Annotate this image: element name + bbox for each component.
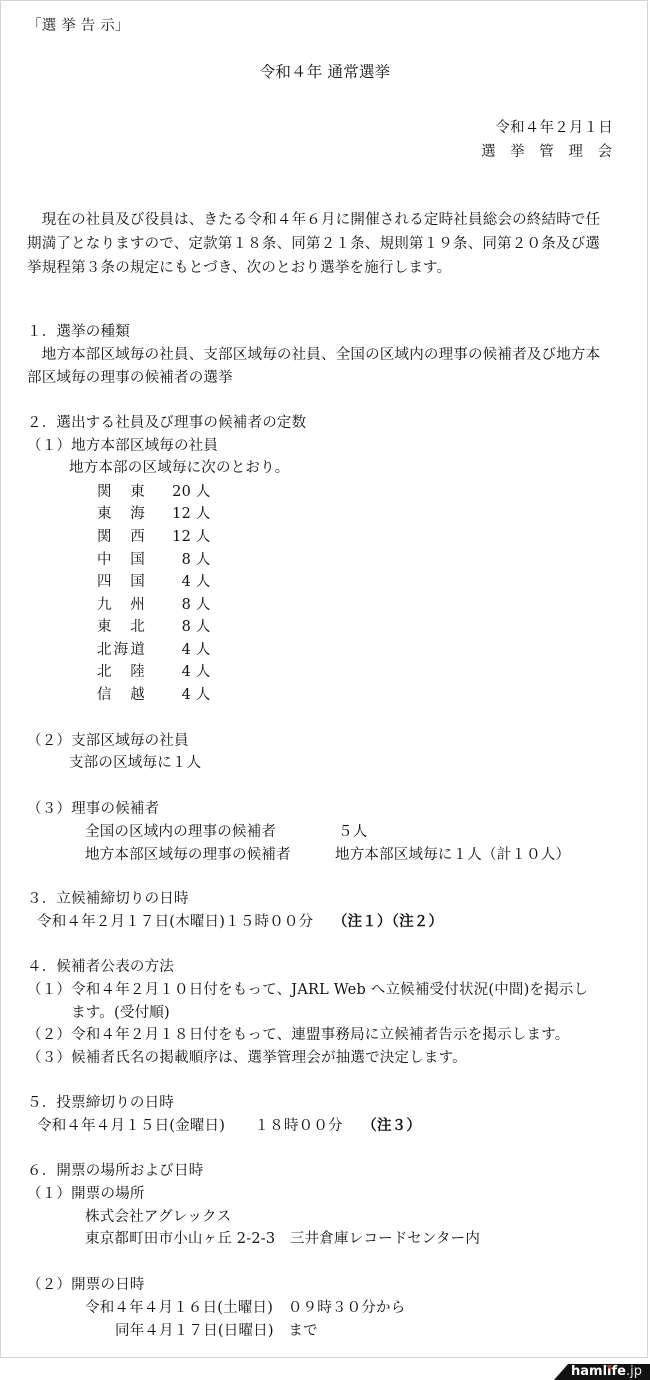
notice-label: 「選 挙 告 示」: [27, 15, 130, 37]
election-type-line: 地方本部区域毎の社員、支部区域毎の社員、全国の区域内の理事の候補者及び地方本: [27, 344, 600, 366]
intro-line: 現在の社員及び役員は、きたる令和４年６月に開催される定時社員総会の終結時で任: [27, 209, 600, 231]
voting-deadline: 令和４年４月１５日(金曜日) １８時００分 （注３）: [37, 1115, 421, 1137]
section-heading-quota: ２．選出する社員及び理事の候補者の定数: [27, 412, 306, 434]
region-row: 九州8 人: [97, 594, 211, 616]
region-row: 中国8 人: [97, 549, 211, 571]
region-row: 北海道4 人: [97, 639, 211, 661]
notice-document: 「選 挙 告 示」 令和４年 通常選挙 令和４年２月１日 選 挙 管 理 会 現…: [0, 0, 648, 1358]
branch-quota: 支部の区域毎に１人: [69, 752, 201, 774]
counting-company: 株式会社アグレックス: [85, 1206, 231, 1228]
region-row: 関西12 人: [97, 526, 211, 548]
logo-accent-icon: [606, 1365, 612, 1369]
subsection-heading: （１）開票の場所: [27, 1183, 145, 1205]
subsection-heading: （１）地方本部区域毎の社員: [27, 435, 218, 457]
region-row: 東北8 人: [97, 616, 211, 638]
candidacy-deadline: 令和４年２月１７日(木曜日)１５時００分 （注１）（注２）: [37, 911, 443, 933]
section-heading-voting-deadline: ５．投票締切りの日時: [27, 1092, 174, 1114]
section-heading-election-type: １．選挙の種類: [27, 321, 130, 343]
subsection-heading: （２）開票の日時: [27, 1274, 145, 1296]
notes-ref: （注１）（注２）: [333, 913, 443, 930]
director-row-value: 地方本部区域毎に１人（計１０人）: [335, 844, 570, 866]
region-row: 北陸4 人: [97, 661, 211, 683]
region-row: 信越4 人: [97, 684, 211, 706]
publication-item: （３）候補者氏名の掲載順序は、選挙管理会が抽選で決定します。: [27, 1047, 467, 1069]
document-title: 令和４年 通常選挙: [1, 61, 649, 83]
regions-lead: 地方本部の区域毎に次のとおり。: [69, 457, 290, 479]
counting-start: 令和４年４月１６日(土曜日) ０９時３０分から: [85, 1297, 405, 1319]
publication-item: （２）令和４年２月１８日付をもって、連盟事務局に立候補者告示を掲示します。: [27, 1024, 569, 1046]
publication-item: （１）令和４年２月１０日付をもって、JARL Web へ立候補受付状況(中間)を…: [27, 979, 588, 1001]
hamlife-watermark: hamlife.jp: [554, 1364, 650, 1380]
director-row-label: 全国の区域内の理事の候補者: [85, 821, 276, 843]
section-heading-counting: ６．開票の場所および日時: [27, 1160, 203, 1182]
intro-line: 期満了となりますので、定款第１８条、同第２１条、規則第１９条、同第２０条及び選: [27, 233, 600, 255]
publication-item: ます。(受付順): [27, 1002, 170, 1024]
counting-address: 東京都町田市小山ヶ丘 2-2-3 三井倉庫レコードセンター内: [85, 1228, 480, 1250]
subsection-heading: （３）理事の候補者: [27, 798, 159, 820]
section-heading-candidacy-deadline: ３．立候補締切りの日時: [27, 888, 189, 910]
election-type-line: 部区域毎の理事の候補者の選挙: [27, 367, 233, 389]
intro-line: 挙規程第３条の規定にもとづき、次のとおり選挙を施行します。: [27, 257, 451, 279]
section-heading-publication: ４．候補者公表の方法: [27, 956, 174, 978]
region-row: 四国4 人: [97, 571, 211, 593]
director-row-value: ５人: [338, 821, 367, 843]
director-row-label: 地方本部区域毎の理事の候補者: [85, 844, 291, 866]
issue-date: 令和４年２月１日: [495, 117, 613, 139]
notes-ref: （注３）: [362, 1117, 421, 1134]
region-row: 関東20 人: [97, 481, 211, 503]
subsection-heading: （２）支部区域毎の社員: [27, 730, 189, 752]
issuer: 選 挙 管 理 会: [481, 141, 617, 163]
counting-end: 同年４月１７日(日曜日) まで: [115, 1320, 318, 1342]
region-row: 東海12 人: [97, 503, 211, 525]
